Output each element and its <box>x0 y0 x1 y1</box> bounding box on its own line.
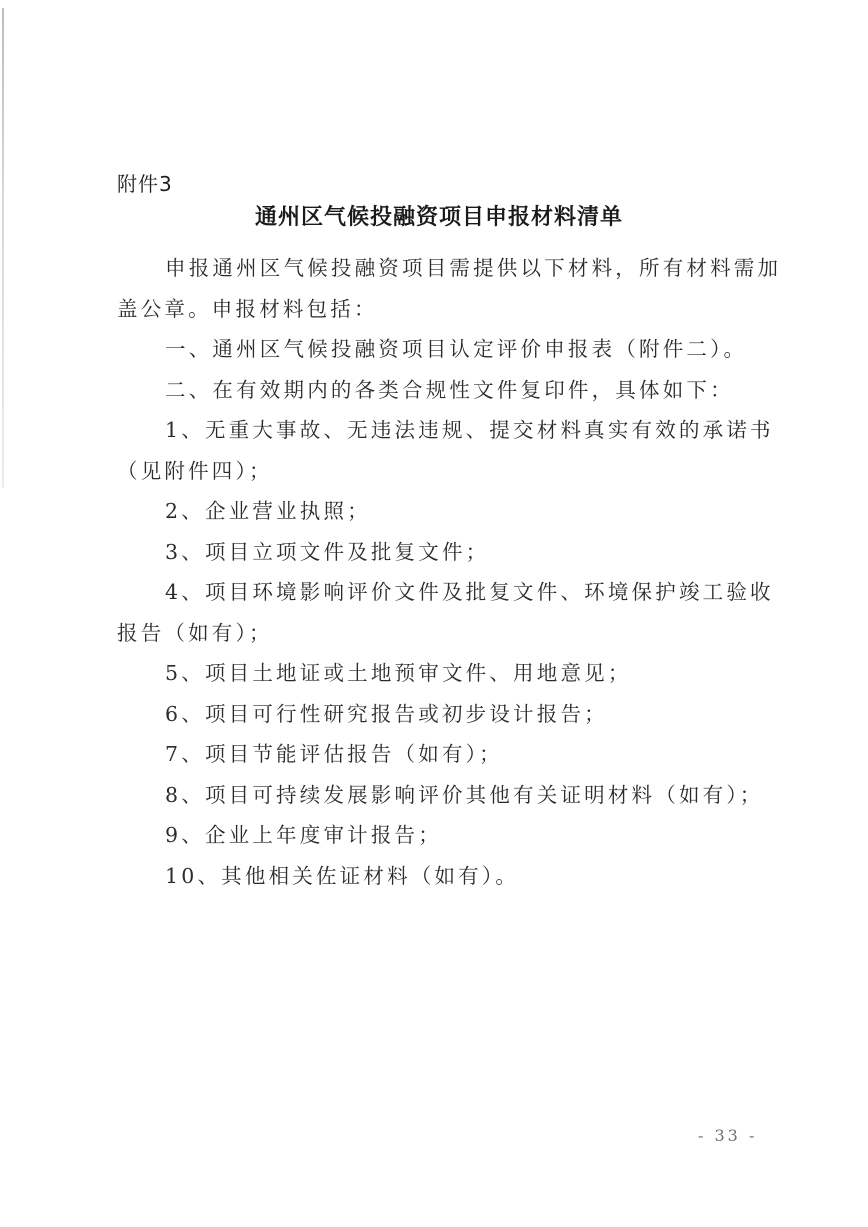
list-item-1: 1、无重大事故、无违法违规、提交材料真实有效的承诺书 （见附件四）； <box>117 410 777 491</box>
intro-line-1: 申报通州区气候投融资项目需提供以下材料，所有材料需加 <box>117 248 777 289</box>
list-item-7: 7、项目节能评估报告（如有）； <box>117 734 777 775</box>
list-item-5-text: 5、项目土地证或土地预审文件、用地意见； <box>117 653 777 694</box>
list-item-9-text: 9、企业上年度审计报告； <box>117 815 777 856</box>
section-1-text: 一、通州区气候投融资项目认定评价申报表（附件二）。 <box>117 329 777 370</box>
list-item-2: 2、企业营业执照； <box>117 491 777 532</box>
list-item-10: 10、其他相关佐证材料（如有）。 <box>117 856 777 897</box>
list-item-8-text: 8、项目可持续发展影响评价其他有关证明材料（如有）； <box>117 775 777 816</box>
list-item-10-text: 10、其他相关佐证材料（如有）。 <box>117 856 777 897</box>
intro-line-2: 盖公章。申报材料包括： <box>117 289 777 330</box>
page-number: - 33 - <box>698 1126 757 1145</box>
list-item-7-text: 7、项目节能评估报告（如有）； <box>117 734 777 775</box>
list-item-3-text: 3、项目立项文件及批复文件； <box>117 532 777 573</box>
scan-edge-artifact <box>2 8 4 488</box>
list-item-4: 4、项目环境影响评价文件及批复文件、环境保护竣工验收 报告（如有）； <box>117 572 777 653</box>
section-2-text: 二、在有效期内的各类合规性文件复印件，具体如下： <box>117 370 777 411</box>
section-1: 一、通州区气候投融资项目认定评价申报表（附件二）。 <box>117 329 777 370</box>
list-item-2-text: 2、企业营业执照； <box>117 491 777 532</box>
list-item-5: 5、项目土地证或土地预审文件、用地意见； <box>117 653 777 694</box>
list-item-6-text: 6、项目可行性研究报告或初步设计报告； <box>117 694 777 735</box>
attachment-label: 附件3 <box>117 168 173 197</box>
list-item-1-line-1: 1、无重大事故、无违法违规、提交材料真实有效的承诺书 <box>117 410 777 451</box>
list-item-4-line-2: 报告（如有）； <box>117 613 777 654</box>
list-item-9: 9、企业上年度审计报告； <box>117 815 777 856</box>
list-item-3: 3、项目立项文件及批复文件； <box>117 532 777 573</box>
list-item-4-line-1: 4、项目环境影响评价文件及批复文件、环境保护竣工验收 <box>117 572 777 613</box>
list-item-8: 8、项目可持续发展影响评价其他有关证明材料（如有）； <box>117 775 777 816</box>
document-title: 通州区气候投融资项目申报材料清单 <box>0 200 868 231</box>
list-item-1-line-2: （见附件四）； <box>117 451 777 492</box>
document-body: 申报通州区气候投融资项目需提供以下材料，所有材料需加 盖公章。申报材料包括： 一… <box>117 248 777 896</box>
list-item-6: 6、项目可行性研究报告或初步设计报告； <box>117 694 777 735</box>
intro-paragraph: 申报通州区气候投融资项目需提供以下材料，所有材料需加 盖公章。申报材料包括： <box>117 248 777 329</box>
section-2: 二、在有效期内的各类合规性文件复印件，具体如下： <box>117 370 777 411</box>
